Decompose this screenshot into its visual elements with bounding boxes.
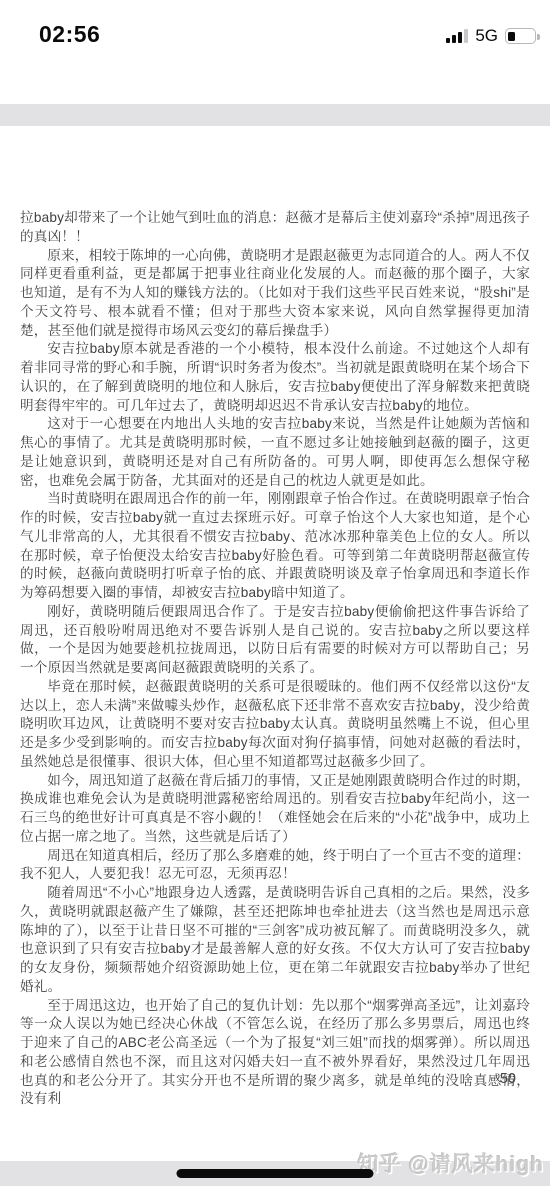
home-indicator[interactable] [177, 1169, 374, 1178]
paragraph: 拉baby却带来了一个让她气到吐血的消息：赵薇才是幕后主使刘嘉玲“杀掉”周迅孩子… [20, 209, 530, 247]
clock-text: 02:56 [39, 21, 100, 48]
paragraph: 刚好，黄晓明随后便跟周迅合作了。于是安吉拉baby便偷偷把这件事告诉给了周迅，还… [20, 603, 530, 678]
battery-icon [505, 28, 536, 44]
paragraph: 当时黄晓明在跟周迅合作的前一年，刚刚跟章子怡合作过。在黄晓明跟章子怡合作的时候，… [20, 490, 530, 603]
paragraph: 原来，相较于陈坤的一心向佛，黄晓明才是跟赵薇更为志同道合的人。两人不仅同样更看重… [20, 247, 530, 341]
paragraph: 毕竟在那时候，赵薇跟黄晓明的关系可是很暧昧的。他们两不仅经常以这份“友达以上，恋… [20, 678, 530, 772]
paragraph: 随着周迅“不小心”地跟身边人透露，是黄晓明告诉自己真相的之后。果然，没多久，黄晓… [20, 884, 530, 997]
status-icons: 5G [446, 26, 536, 46]
zhihu-watermark: 知乎 @请风来high [357, 1148, 544, 1178]
paragraph: 安吉拉baby原本就是香港的一个小模特，根本没什么前途。不过她这个人却有着非同寻… [20, 340, 530, 415]
reader-top-toolbar-strip[interactable] [0, 104, 550, 126]
paragraph: 如今，周迅知道了赵薇在背后插刀的事情，又正是她刚跟黄晓明合作过的时期，换成谁也难… [20, 772, 530, 847]
page-number: 50 [500, 1071, 516, 1087]
phone-screen: 02:56 5G 拉baby却带来了一个让她气到吐血的消息：赵薇才是幕后主使刘嘉… [0, 0, 550, 1190]
status-bar: 02:56 5G [0, 0, 550, 60]
paragraph: 周迅在知道真相后，经历了那么多磨难的她，终于明白了一个亘古不变的道理：我不犯人，… [20, 847, 530, 885]
paragraph: 至于周迅这边，也开始了自己的复仇计划：先以那个“烟雾弹高圣远”，让刘嘉玲等一众人… [20, 997, 530, 1110]
cellular-signal-icon [446, 29, 468, 43]
page-text[interactable]: 拉baby却带来了一个让她气到吐血的消息：赵薇才是幕后主使刘嘉玲“杀掉”周迅孩子… [20, 209, 530, 1109]
paragraph: 这对于一心想要在内地出人头地的安吉拉baby来说，当然是件让她颇为苦恼和焦心的事… [20, 415, 530, 490]
network-type-label: 5G [475, 26, 498, 46]
